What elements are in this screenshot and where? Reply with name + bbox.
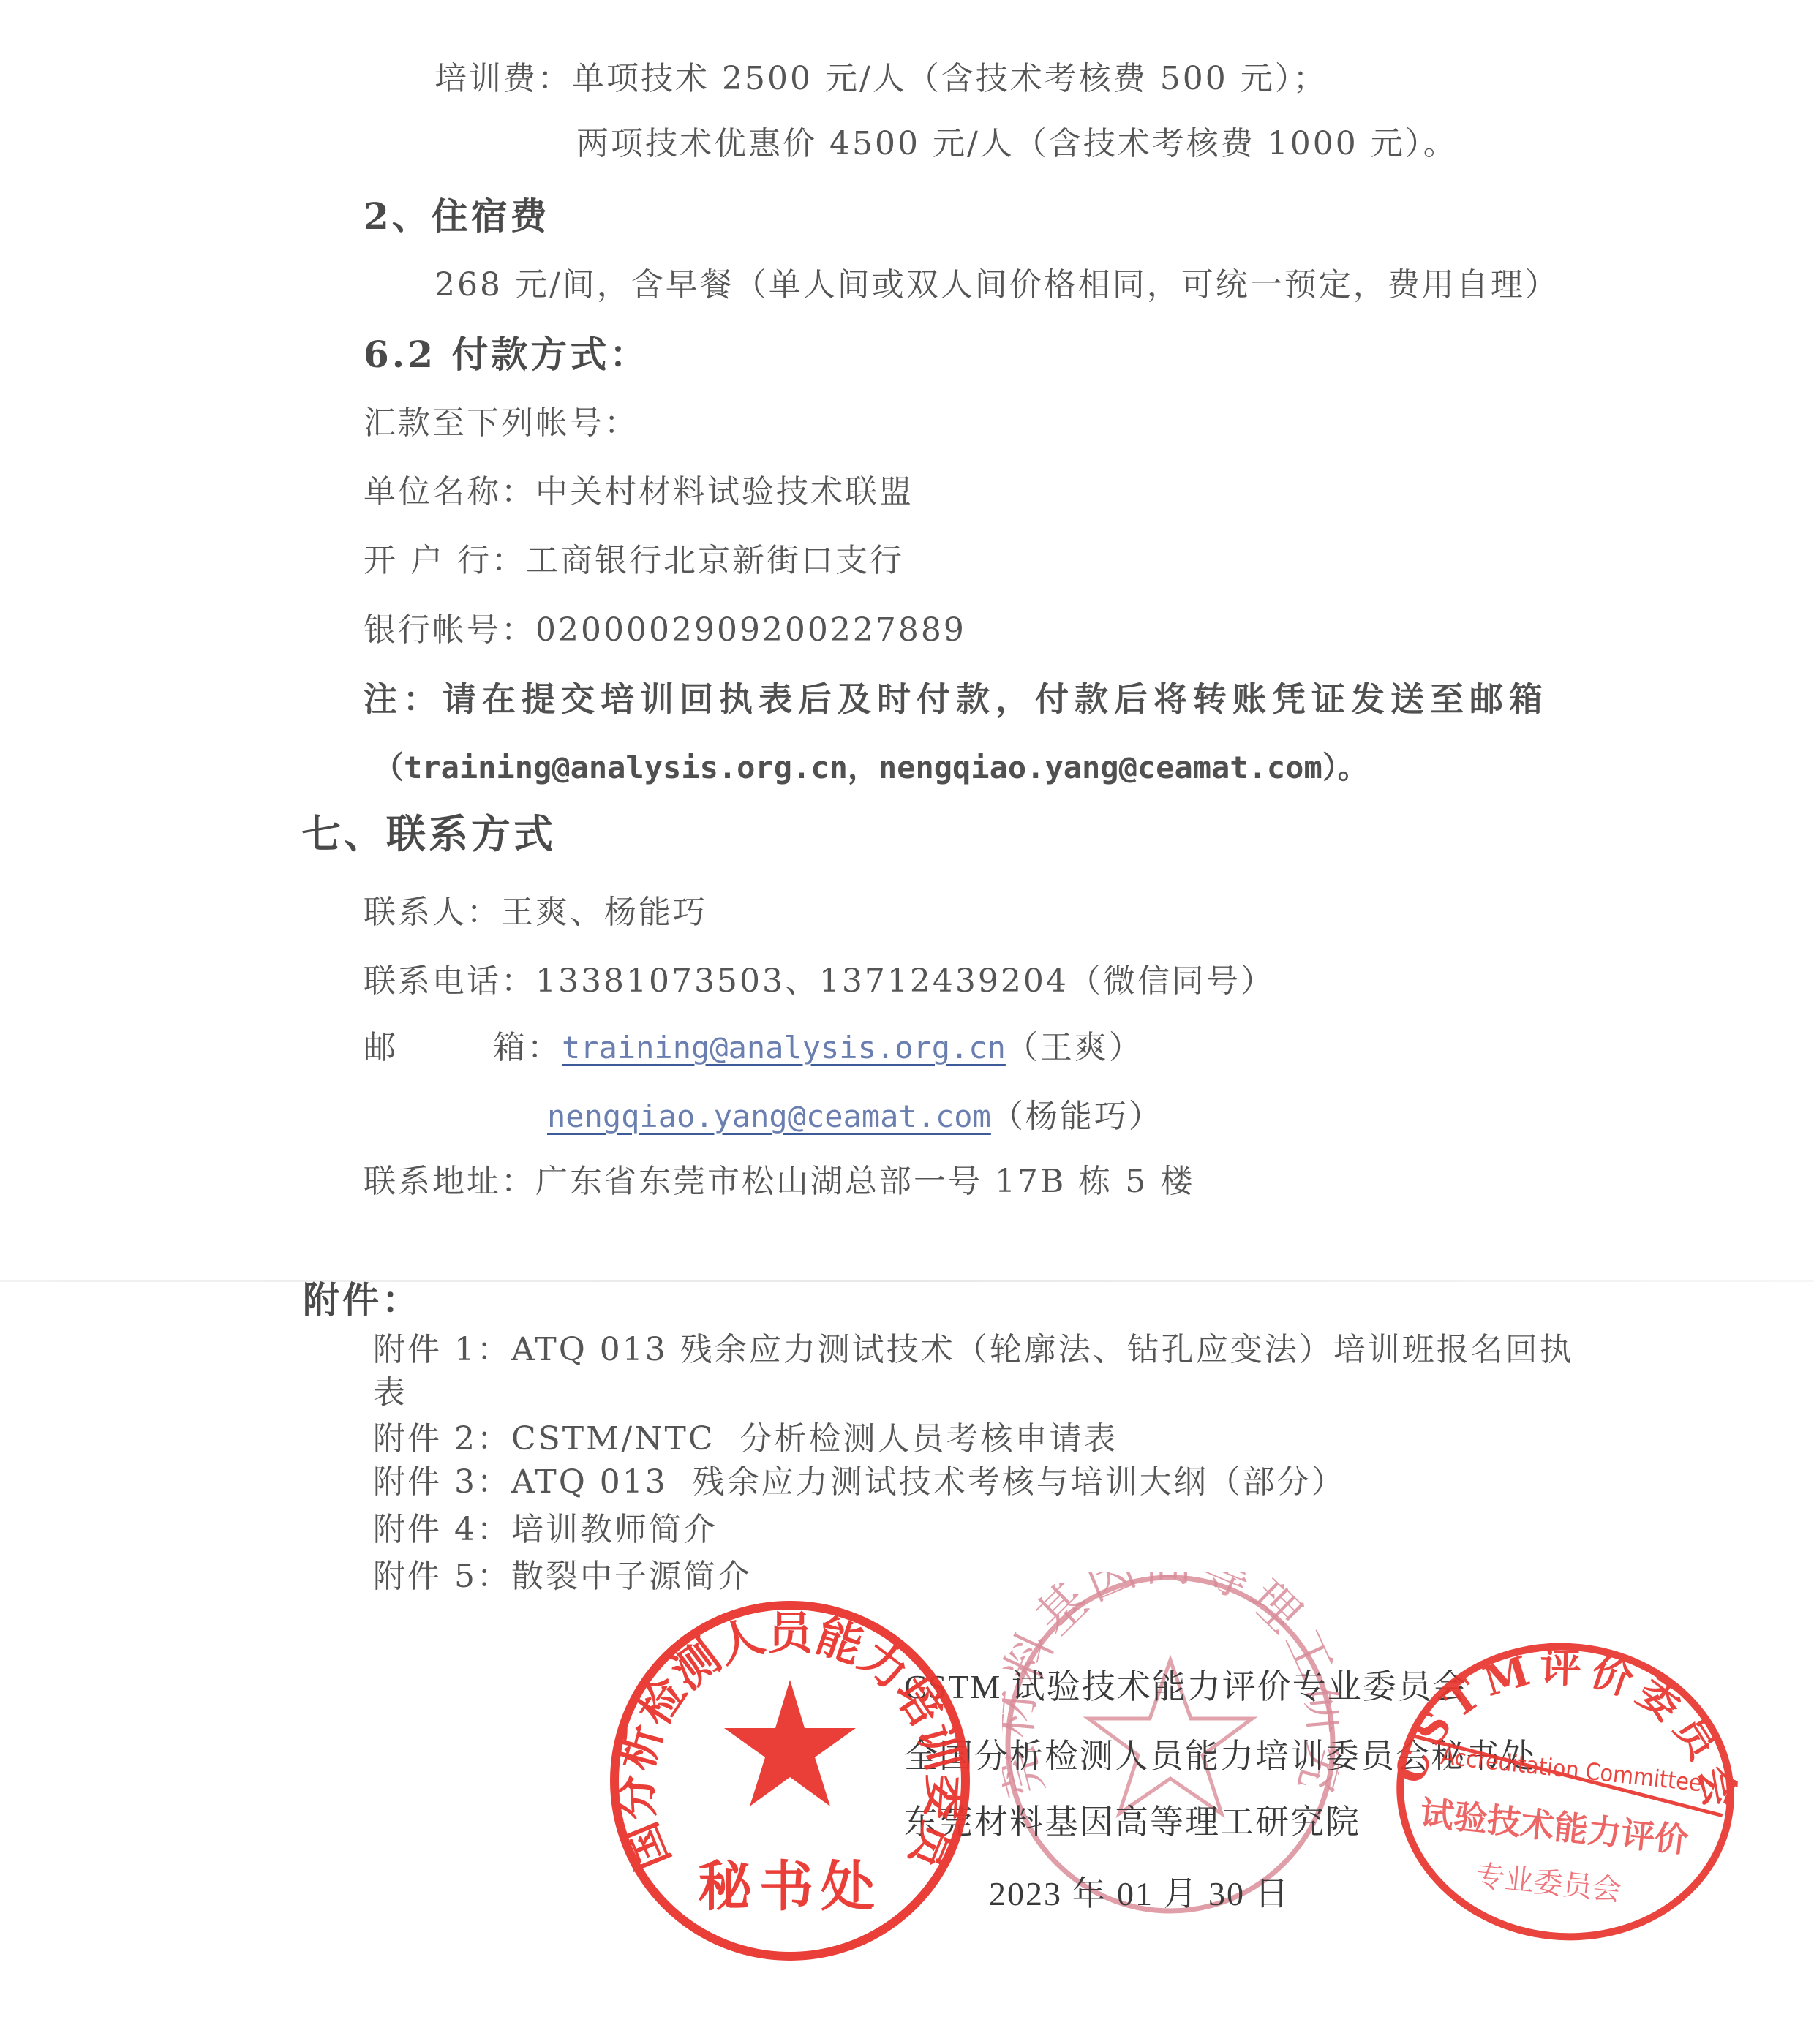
training-fee-single: 单项技术 2500 元/人（含技术考核费 500 元）； <box>572 60 1328 97</box>
attachment-text-4: 培训教师简介 <box>511 1511 718 1548</box>
contact-person-row: 联系人：王爽、杨能巧 <box>364 891 707 935</box>
attachment-text-5: 散裂中子源简介 <box>511 1558 752 1595</box>
attachment-item-5: 附件 5：散裂中子源简介 <box>373 1556 752 1597</box>
attachment-label-4: 附件 4： <box>373 1511 511 1548</box>
payment-note-line1: 注：请在提交培训回执表后及时付款，付款后将转账凭证发送至邮箱 <box>364 677 1548 721</box>
attachment-item-2: 附件 2：CSTM/NTC 分析检测人员考核申请表 <box>373 1419 1118 1460</box>
signature-org-3: 东莞材料基因高等理工研究院 <box>904 1800 1360 1844</box>
accommodation-detail: 268 元/间，含早餐（单人间或双人间价格相同，可统一预定，费用自理） <box>434 263 1559 307</box>
attachment-text-3: ATQ 013 残余应力测试技术考核与培训大纲（部分） <box>511 1463 1346 1501</box>
payment-intro: 汇款至下列帐号： <box>364 401 639 445</box>
signature-date: 2023 年 01 月 30 日 <box>989 1872 1290 1916</box>
contact-email-row-1: 邮箱：training@analysis.org.cn（王爽） <box>364 1026 1143 1070</box>
document-page: 培训费：单项技术 2500 元/人（含技术考核费 500 元）； 两项技术优惠价… <box>0 0 1814 2044</box>
contact-phones: 13381073503、13712439204（微信同号） <box>535 962 1275 1000</box>
secretariat-stamp-center-text: 秘书处 <box>698 1855 882 1918</box>
training-fee-line: 培训费：单项技术 2500 元/人（含技术考核费 500 元）； <box>434 57 1328 101</box>
contact-address: 广东省东莞市松山湖总部一号 17B 栋 5 楼 <box>535 1163 1194 1200</box>
attachment-item-3: 附件 3：ATQ 013 残余应力测试技术考核与培训大纲（部分） <box>373 1462 1346 1503</box>
account-name-label: 单位名称： <box>364 473 535 510</box>
cstm-stamp-ring-text: CSTM评价委员会 <box>1384 1625 1752 1823</box>
signature-org-1: CSTM 试验技术能力评价专业委员会 <box>904 1665 1468 1709</box>
cstm-stamp-line1: 试验技术能力评价 <box>1418 1793 1690 1860</box>
email-owner-2: （杨能巧） <box>991 1098 1163 1135</box>
cstm-stamp-line2: 专业委员会 <box>1474 1859 1623 1908</box>
account-name: 中关村材料试验技术联盟 <box>535 473 914 510</box>
attachment-label-2: 附件 2： <box>373 1420 511 1457</box>
scan-streak <box>0 1280 1814 1282</box>
signature-org-2: 全国分析检测人员能力培训委员会秘书处 <box>904 1735 1536 1779</box>
account-number: 0200002909200227889 <box>535 611 966 649</box>
email-label-left: 邮 <box>364 1029 398 1066</box>
secretariat-stamp: 全国分析检测人员能力培训委员会 秘书处 <box>607 1598 973 1964</box>
contact-heading: 七、联系方式 <box>301 812 556 856</box>
accommodation-heading: 2、住宿费 <box>364 195 550 238</box>
email-label-right: 箱： <box>493 1029 562 1066</box>
bank-label: 开 户 行： <box>364 542 526 579</box>
attachment-label-3: 附件 3： <box>373 1463 511 1501</box>
attachment-item-1: 附件 1：ATQ 013 残余应力测试技术（轮廓法、钻孔应变法）培训班报名回执 <box>373 1330 1574 1370</box>
attachment-item-1-continuation: 表 <box>373 1373 407 1414</box>
email-owner-1: （王爽） <box>1006 1029 1143 1066</box>
contact-address-label: 联系地址： <box>364 1163 535 1200</box>
account-name-row: 单位名称：中关村材料试验技术联盟 <box>364 470 914 514</box>
contact-address-row: 联系地址：广东省东莞市松山湖总部一号 17B 栋 5 楼 <box>364 1160 1194 1204</box>
svg-text:CSTM评价委员会: CSTM评价委员会 <box>1384 1625 1752 1823</box>
training-fee-label: 培训费： <box>434 60 572 97</box>
attachment-item-4: 附件 4：培训教师简介 <box>373 1509 718 1550</box>
attachment-label-1: 附件 1： <box>373 1331 511 1368</box>
email-link-training[interactable]: training@analysis.org.cn <box>562 1030 1006 1066</box>
contact-phone-label: 联系电话： <box>364 962 535 1000</box>
contact-phone-row: 联系电话：13381073503、13712439204（微信同号） <box>364 959 1275 1003</box>
payment-heading: 6.2 付款方式： <box>364 333 649 377</box>
bank-row: 开 户 行：工商银行北京新街口支行 <box>364 539 904 583</box>
payment-note-line2: （training@analysis.org.cn，nengqiao.yang@… <box>373 746 1369 790</box>
training-fee-double: 两项技术优惠价 4500 元/人（含技术考核费 1000 元）。 <box>576 122 1458 166</box>
bank-name: 工商银行北京新街口支行 <box>526 542 904 579</box>
email-link-nengqiao[interactable]: nengqiao.yang@ceamat.com <box>547 1098 991 1134</box>
account-number-row: 银行帐号：0200002909200227889 <box>364 608 966 652</box>
contact-person-label: 联系人： <box>364 894 501 931</box>
contact-persons: 王爽、杨能巧 <box>501 894 707 931</box>
attachment-text-1: ATQ 013 残余应力测试技术（轮廓法、钻孔应变法）培训班报名回执 <box>511 1331 1574 1368</box>
account-number-label: 银行帐号： <box>364 611 535 649</box>
contact-email-row-2: nengqiao.yang@ceamat.com（杨能巧） <box>547 1095 1163 1139</box>
attachments-heading: 附件： <box>303 1278 421 1322</box>
attachment-text-2: CSTM/NTC 分析检测人员考核申请表 <box>511 1420 1118 1457</box>
attachment-label-5: 附件 5： <box>373 1558 511 1595</box>
